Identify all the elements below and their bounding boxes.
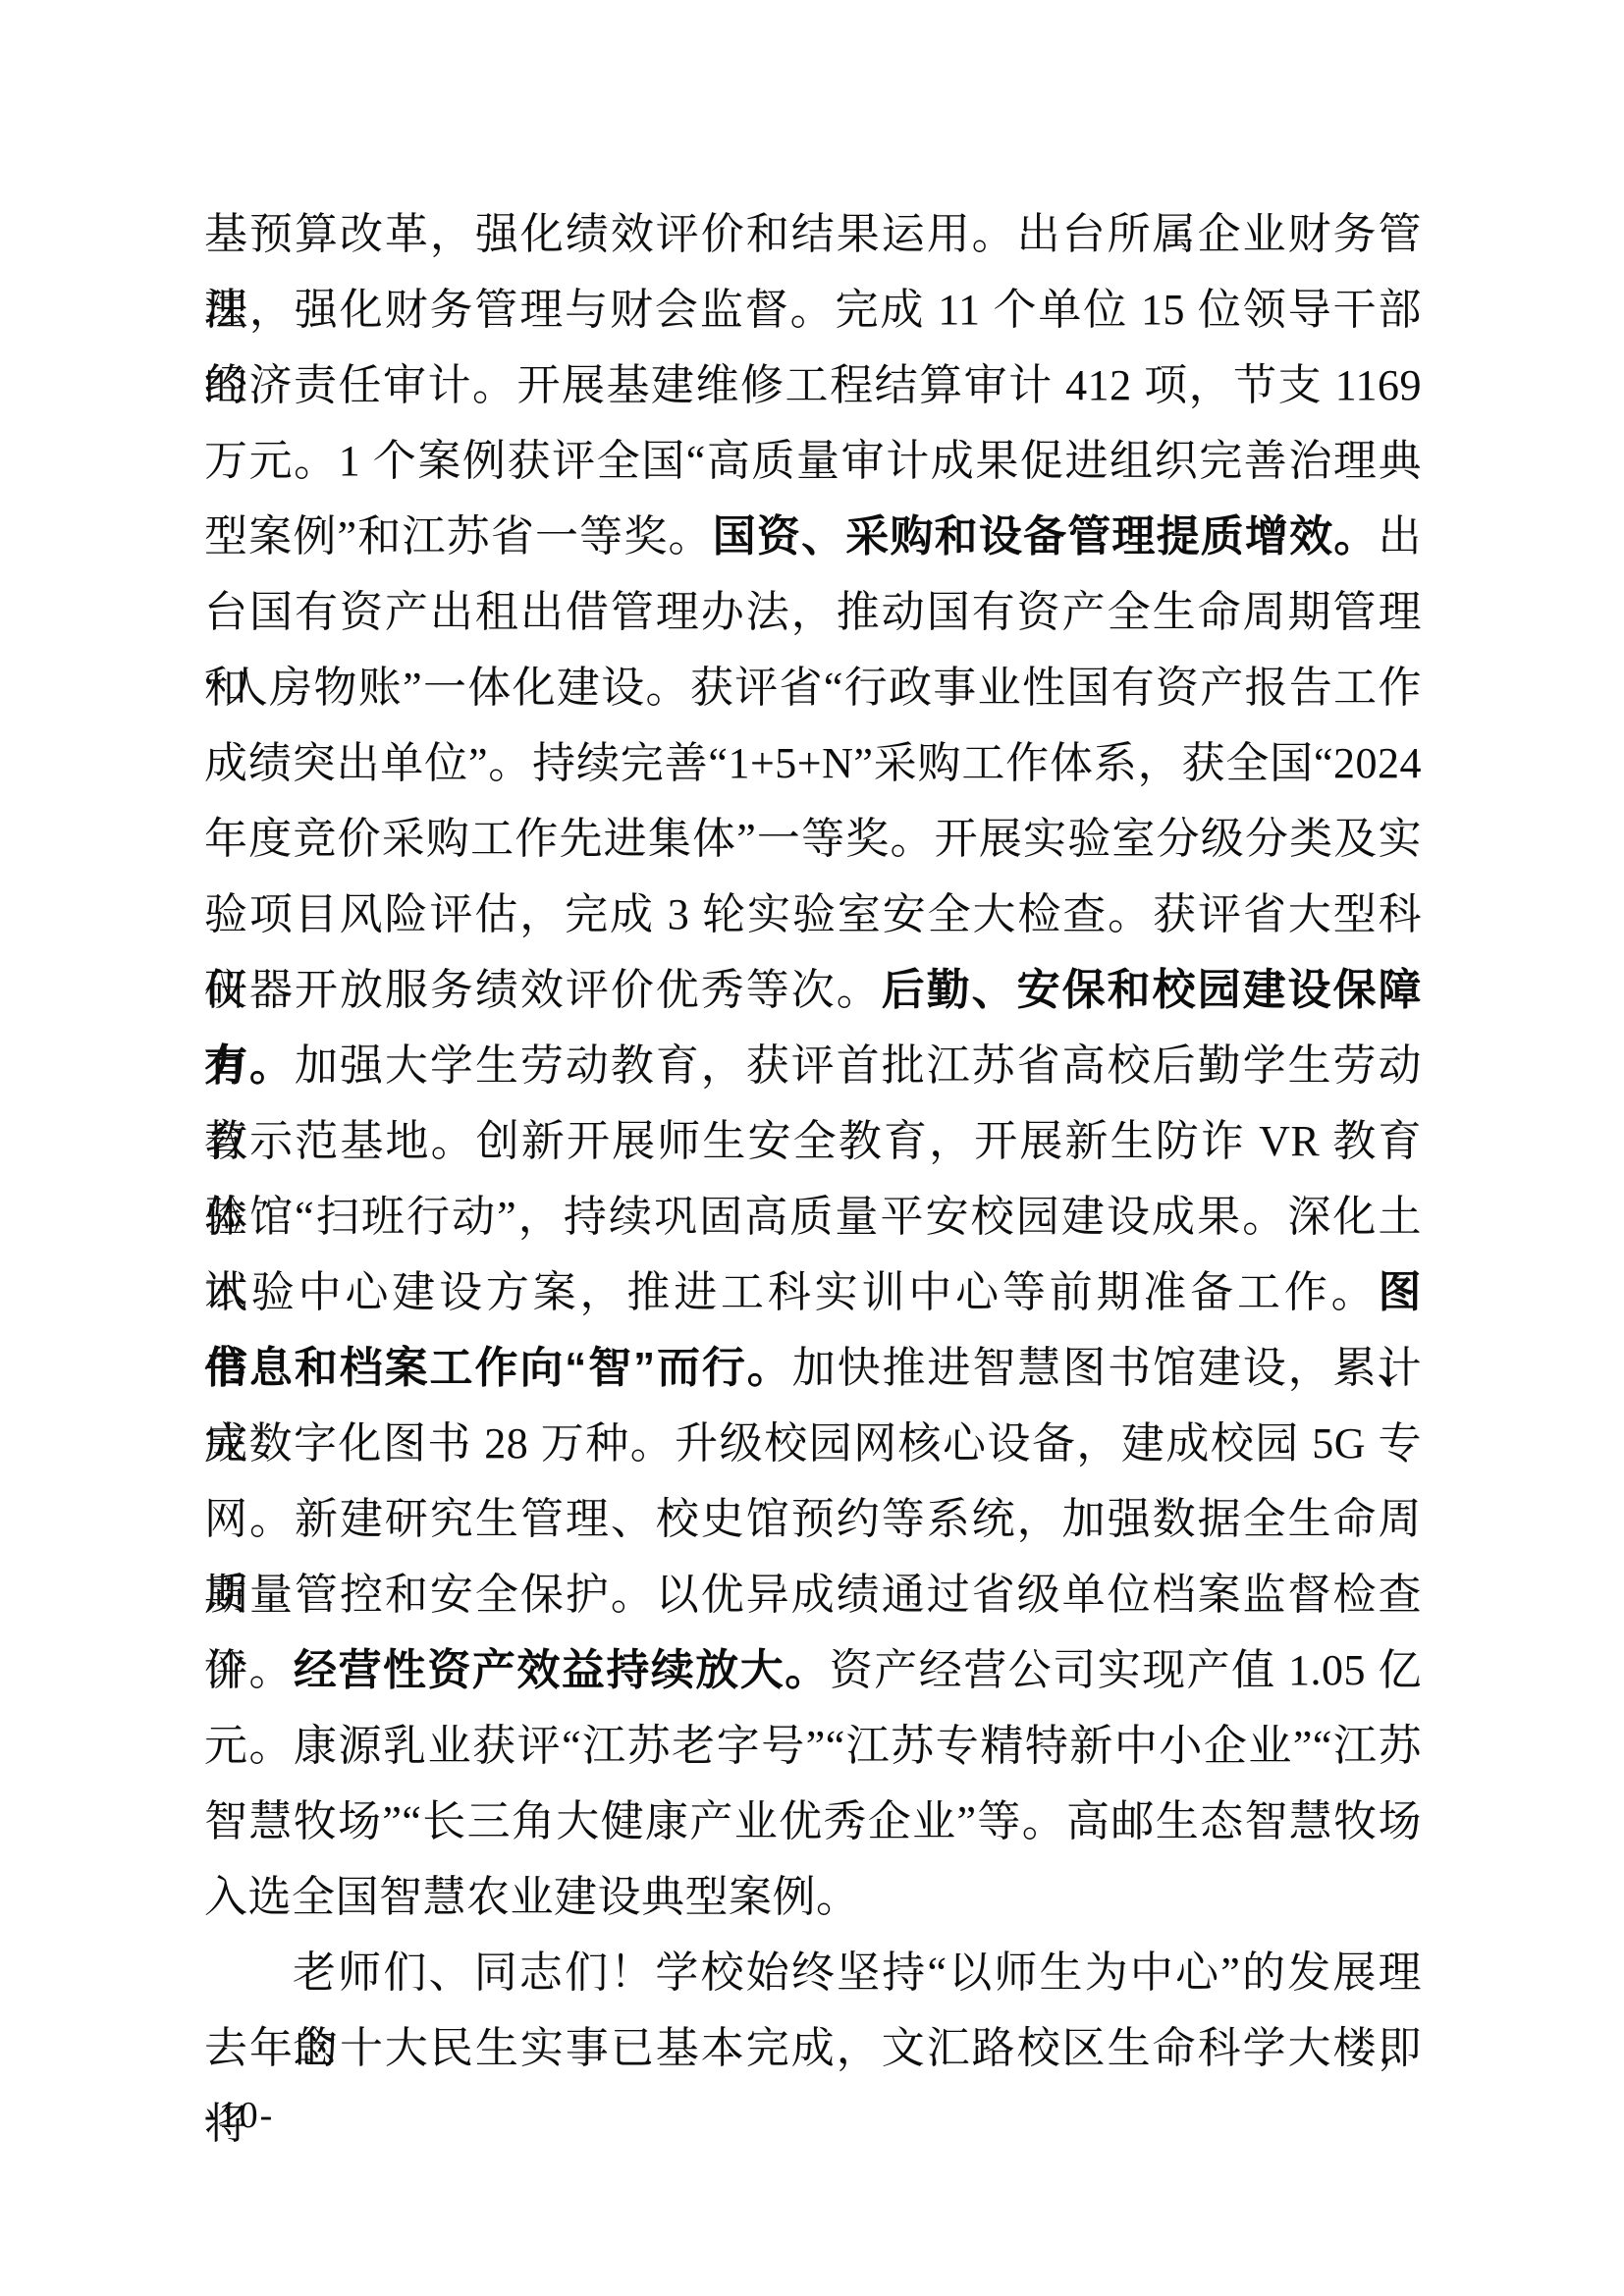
text-line: 年度竞价采购工作先进集体”一等奖。开展实验室分级分类及实 — [204, 801, 1422, 877]
text-segment: 元。康源乳业获评“江苏老字号”“江苏专精特新中小企业”“江苏 — [204, 1722, 1422, 1770]
text-line: 验馆“扫班行动”，持续巩固高质量平安校园建设成果。深化土木 — [204, 1179, 1422, 1255]
text-segment: 型案例”和江苏省一等奖。 — [204, 512, 713, 561]
text-segment: 资产经营公司实现产值 1.05 亿 — [830, 1646, 1422, 1694]
page-number: -10- — [204, 2089, 274, 2142]
text-line: 价。经营性资产效益持续放大。资产经营公司实现产值 1.05 亿 — [204, 1632, 1422, 1708]
text-line: 试验中心建设方案，推进工科实训中心等前期准备工作。图书、 — [204, 1255, 1422, 1330]
text-line: 入选全国智慧农业建设典型案例。 — [204, 1859, 1422, 1935]
text-line: 力。加强大学生劳动教育，获评首批江苏省高校后勤学生劳动教 — [204, 1028, 1422, 1103]
text-line: 智慧牧场”“长三角大健康产业优秀企业”等。高邮生态智慧牧场 — [204, 1784, 1422, 1859]
text-line: 网。新建研究生管理、校史馆预约等系统，加强数据全生命周期 — [204, 1481, 1422, 1557]
text-line: 万元。1 个案例获评全国“高质量审计成果促进组织完善治理典 — [204, 423, 1422, 499]
text-segment: 仪器开放服务绩效评价优秀等次。 — [204, 966, 882, 1014]
text-line: 型案例”和江苏省一等奖。国资、采购和设备管理提质增效。出 — [204, 499, 1422, 574]
text-segment: 价。 — [204, 1646, 294, 1694]
text-segment: 智慧牧场”“长三角大健康产业优秀企业”等。高邮生态智慧牧场 — [204, 1797, 1422, 1845]
body-text: 基预算改革，强化绩效评价和结果运用。出台所属企业财务管理法，强化财务管理与财会监… — [204, 196, 1422, 2086]
text-segment: 入选全国智慧农业建设典型案例。 — [204, 1873, 860, 1921]
text-line: 验项目风险评估，完成 3 轮实验室安全大检查。获评省大型科研 — [204, 877, 1422, 952]
text-line: 老师们、同志们！学校始终坚持“以师生为中心”的发展理念， — [204, 1935, 1422, 2010]
text-line: 育示范基地。创新开展师生安全教育，开展新生防诈 VR 教育体 — [204, 1103, 1422, 1179]
bold-text-segment: 国资、采购和设备管理提质增效。 — [713, 512, 1379, 561]
text-segment: “人房物账”一体化建设。获评省“行政事业性国有资产报告工作 — [204, 664, 1422, 712]
bold-text-segment: 力。 — [204, 1041, 295, 1090]
text-segment: 出 — [1379, 512, 1423, 561]
text-line: 去年的十大民生实事已基本完成，文汇路校区生命科学大楼即将 — [204, 2010, 1422, 2086]
text-line: 仪器开放服务绩效评价优秀等次。后勤、安保和校园建设保障有 — [204, 952, 1422, 1028]
text-line: 台国有资产出租出借管理办法，推动国有资产全生命周期管理和 — [204, 574, 1422, 650]
text-segment: 去年的十大民生实事已基本完成，文汇路校区生命科学大楼即将 — [204, 2024, 1422, 2148]
text-line: 基预算改革，强化绩效评价和结果运用。出台所属企业财务管理 — [204, 196, 1422, 272]
text-line: 经济责任审计。开展基建维修工程结算审计 412 项，节支 1169 — [204, 347, 1422, 423]
bold-text-segment: 经营性资产效益持续放大。 — [294, 1646, 830, 1694]
text-segment: 年度竞价采购工作先进集体”一等奖。开展实验室分级分类及实 — [204, 815, 1422, 863]
text-line: 质量管控和安全保护。以优异成绩通过省级单位档案监督检查评 — [204, 1557, 1422, 1632]
text-line: 成绩突出单位”。持续完善“1+5+N”采购工作体系，获全国“2024 — [204, 725, 1422, 801]
text-segment: 成绩突出单位”。持续完善“1+5+N”采购工作体系，获全国“2024 — [204, 739, 1422, 787]
text-line: “人房物账”一体化建设。获评省“行政事业性国有资产报告工作 — [204, 650, 1422, 725]
text-line: 法，强化财务管理与财会监督。完成 11 个单位 15 位领导干部的 — [204, 272, 1422, 347]
text-line: 元。康源乳业获评“江苏老字号”“江苏专精特新中小企业”“江苏 — [204, 1708, 1422, 1784]
text-line: 信息和档案工作向“智”而行。加快推进智慧图书馆建设，累计完 — [204, 1330, 1422, 1406]
text-segment: 经济责任审计。开展基建维修工程结算审计 412 项，节支 1169 — [204, 361, 1422, 409]
bold-text-segment: 信息和档案工作向“智”而行。 — [204, 1344, 792, 1392]
text-line: 成数字化图书 28 万种。升级校园网核心设备，建成校园 5G 专 — [204, 1406, 1422, 1481]
document-page: 基预算改革，强化绩效评价和结果运用。出台所属企业财务管理法，强化财务管理与财会监… — [0, 0, 1624, 2296]
text-segment: 成数字化图书 28 万种。升级校园网核心设备，建成校园 5G 专 — [204, 1419, 1422, 1468]
text-segment: 试验中心建设方案，推进工科实训中心等前期准备工作。 — [204, 1268, 1379, 1316]
text-segment: 万元。1 个案例获评全国“高质量审计成果促进组织完善治理典 — [204, 437, 1422, 485]
